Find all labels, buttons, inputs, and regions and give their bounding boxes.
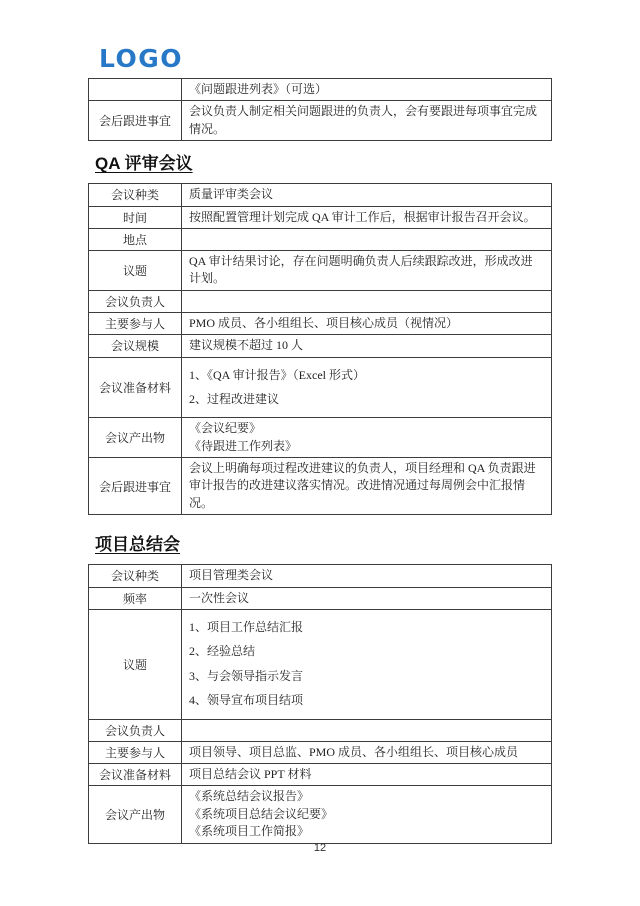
row-label: 会议准备材料 [89,763,182,785]
table-row: 议题QA 审计结果讨论，存在问题明确负责人后续跟踪改进，形成改进计划。 [89,250,552,290]
content-line: 2、过程改进建议 [189,391,544,408]
row-content [182,228,552,250]
table-row: 议题1、项目工作总结汇报2、经验总结3、与会领导指示发言4、领导宣布项目结项 [89,610,552,720]
row-content: 一次性会议 [182,587,552,609]
table-row: 会后跟进事宜会议上明确每项过程改进建议的负责人，项目经理和 QA 负责跟进审计报… [89,458,552,515]
row-label: 时间 [89,206,182,228]
row-content: 会议负责人制定相关问题跟进的负责人，会有要跟进每项事宜完成情况。 [182,101,552,141]
table-row: 会议种类质量评审类会议 [89,184,552,206]
content-line: 1、项目工作总结汇报 [189,619,544,636]
row-label: 会后跟进事宜 [89,101,182,141]
table-row: 频率一次性会议 [89,587,552,609]
content-line: 《待跟进工作列表》 [189,438,544,455]
table-row: 地点 [89,228,552,250]
content-line: QA 审计结果讨论，存在问题明确负责人后续跟踪改进，形成改进计划。 [189,253,544,288]
row-content [182,290,552,312]
row-content: 1、《QA 审计报告》（Excel 形式）2、过程改进建议 [182,357,552,418]
row-label: 会议产出物 [89,786,182,843]
table-row: 会议准备材料1、《QA 审计报告》（Excel 形式）2、过程改进建议 [89,357,552,418]
content-line: 《系统总结会议报告》 [189,788,544,805]
content-line: 项目管理类会议 [189,567,544,584]
row-label: 主要参与人 [89,312,182,334]
row-label: 会后跟进事宜 [89,458,182,515]
table-row: 会后跟进事宜会议负责人制定相关问题跟进的负责人，会有要跟进每项事宜完成情况。 [89,101,552,141]
content-line: 4、领导宣布项目结项 [189,692,544,709]
content-line: 项目总结会议 PPT 材料 [189,766,544,783]
row-label: 会议产出物 [89,418,182,458]
content-line: 《系统项目总结会议纪要》 [189,806,544,823]
row-content: 会议上明确每项过程改进建议的负责人，项目经理和 QA 负责跟进审计报告的改进建议… [182,458,552,515]
content-line: 1、《QA 审计报告》（Excel 形式） [189,367,544,384]
content-line: 会议上明确每项过程改进建议的负责人，项目经理和 QA 负责跟进审计报告的改进建议… [189,460,544,512]
row-label: 会议种类 [89,565,182,587]
table-row: 主要参与人PMO 成员、各小组组长、项目核心成员（视情况） [89,312,552,334]
row-content: 按照配置管理计划完成 QA 审计工作后，根据审计报告召开会议。 [182,206,552,228]
section-title-project-summary: 项目总结会 [95,530,552,555]
table-row: 会议负责人 [89,290,552,312]
table-row: 会议种类项目管理类会议 [89,565,552,587]
project-summary-table-body: 会议种类项目管理类会议频率一次性会议议题1、项目工作总结汇报2、经验总结3、与会… [89,565,552,843]
row-label [89,79,182,101]
row-content: 《会议纪要》《待跟进工作列表》 [182,418,552,458]
section-title-qa-review: QA 评审会议 [95,149,552,174]
row-content [182,719,552,741]
row-content: 质量评审类会议 [182,184,552,206]
logo: LOGO [99,46,552,71]
table-row: 会议规模建议规模不超过 10 人 [89,335,552,357]
table-row: 会议产出物《会议纪要》《待跟进工作列表》 [89,418,552,458]
row-content: 《系统总结会议报告》《系统项目总结会议纪要》《系统项目工作简报》 [182,786,552,843]
content-line [189,723,544,738]
table-row: 主要参与人项目领导、项目总监、PMO 成员、各小组组长、项目核心成员 [89,741,552,763]
content-line: 建议规模不超过 10 人 [189,337,544,354]
followup-table-fragment: 《问题跟进列表》（可选）会后跟进事宜会议负责人制定相关问题跟进的负责人，会有要跟… [88,78,552,141]
content-line: 一次性会议 [189,590,544,607]
row-label: 会议负责人 [89,719,182,741]
content-line: 会议负责人制定相关问题跟进的负责人，会有要跟进每项事宜完成情况。 [189,103,544,138]
content-line: 《系统项目工作简报》 [189,823,544,840]
followup-table-body: 《问题跟进列表》（可选）会后跟进事宜会议负责人制定相关问题跟进的负责人，会有要跟… [89,79,552,141]
table-row: 会议产出物《系统总结会议报告》《系统项目总结会议纪要》《系统项目工作简报》 [89,786,552,843]
row-label: 会议规模 [89,335,182,357]
table-row: 时间按照配置管理计划完成 QA 审计工作后，根据审计报告召开会议。 [89,206,552,228]
row-label: 会议准备材料 [89,357,182,418]
content-line: 质量评审类会议 [189,186,544,203]
content-line: PMO 成员、各小组组长、项目核心成员（视情况） [189,315,544,332]
row-content: 项目领导、项目总监、PMO 成员、各小组组长、项目核心成员 [182,741,552,763]
row-content: PMO 成员、各小组组长、项目核心成员（视情况） [182,312,552,334]
document-page: LOGO 《问题跟进列表》（可选）会后跟进事宜会议负责人制定相关问题跟进的负责人… [0,0,640,906]
content-line: 项目领导、项目总监、PMO 成员、各小组组长、项目核心成员 [189,744,544,761]
page-number: 12 [0,842,640,854]
table-row: 会议准备材料项目总结会议 PPT 材料 [89,763,552,785]
row-content: 建议规模不超过 10 人 [182,335,552,357]
content-line: 按照配置管理计划完成 QA 审计工作后，根据审计报告召开会议。 [189,209,544,226]
row-content: 项目管理类会议 [182,565,552,587]
table-row: 《问题跟进列表》（可选） [89,79,552,101]
content-line: 2、经验总结 [189,643,544,660]
content-line: 3、与会领导指示发言 [189,668,544,685]
row-label: 议题 [89,250,182,290]
content-line [189,294,544,309]
row-content: QA 审计结果讨论，存在问题明确负责人后续跟踪改进，形成改进计划。 [182,250,552,290]
row-label: 议题 [89,610,182,720]
row-label: 地点 [89,228,182,250]
qa-review-table-body: 会议种类质量评审类会议时间按照配置管理计划完成 QA 审计工作后，根据审计报告召… [89,184,552,515]
table-row: 会议负责人 [89,719,552,741]
content-line: 《会议纪要》 [189,420,544,437]
project-summary-meeting-table: 会议种类项目管理类会议频率一次性会议议题1、项目工作总结汇报2、经验总结3、与会… [88,564,552,843]
row-label: 会议负责人 [89,290,182,312]
qa-review-meeting-table: 会议种类质量评审类会议时间按照配置管理计划完成 QA 审计工作后，根据审计报告召… [88,183,552,515]
row-label: 主要参与人 [89,741,182,763]
content-line [189,232,544,247]
row-content: 1、项目工作总结汇报2、经验总结3、与会领导指示发言4、领导宣布项目结项 [182,610,552,720]
row-content: 项目总结会议 PPT 材料 [182,763,552,785]
content-line: 《问题跟进列表》（可选） [189,81,544,98]
row-label: 频率 [89,587,182,609]
row-content: 《问题跟进列表》（可选） [182,79,552,101]
row-label: 会议种类 [89,184,182,206]
